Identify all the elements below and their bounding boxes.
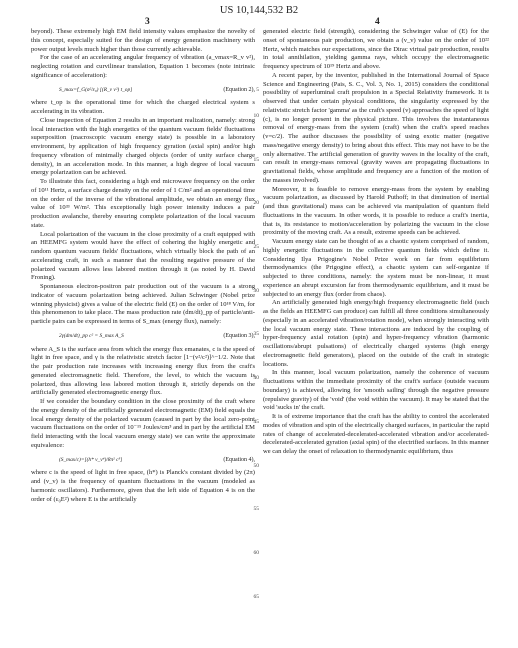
equation-body: S_max=f_G(σ²/ε₀) [(R_v v²) t_op] bbox=[59, 86, 132, 95]
line-number: 15 bbox=[247, 157, 259, 163]
line-number: 55 bbox=[247, 506, 259, 512]
paragraph: where c is the speed of light in free sp… bbox=[31, 469, 255, 504]
paragraph: Local polarization of the vacuum in the … bbox=[31, 231, 255, 284]
line-number: 35 bbox=[247, 331, 259, 337]
line-number: 30 bbox=[247, 288, 259, 294]
line-number: 40 bbox=[247, 375, 259, 381]
equation-3: 2γ(dm/dt)_pp c² = S_max A_S (Equation 3)… bbox=[31, 332, 255, 341]
paragraph: Vacuum energy state can be thought of as… bbox=[263, 238, 489, 299]
line-number: 5 bbox=[247, 87, 259, 93]
equation-body: (S_max/c)=[(h* v_v⁴)/8π² c³] bbox=[59, 456, 122, 465]
page-number-right: 4 bbox=[375, 17, 380, 27]
paragraph: Moreover, it is feasible to remove energ… bbox=[263, 186, 489, 239]
line-number: 10 bbox=[247, 113, 259, 119]
right-column: generated electric field (strength), con… bbox=[263, 28, 489, 457]
paragraph: Close inspection of Equation 2 results i… bbox=[31, 117, 255, 178]
paragraph: beyond). These extremely high EM field i… bbox=[31, 28, 255, 54]
line-number: 45 bbox=[247, 419, 259, 425]
line-number: 50 bbox=[247, 463, 259, 469]
paragraph: For the case of an accelerating angular … bbox=[31, 54, 255, 80]
equation-body: 2γ(dm/dt)_pp c² = S_max A_S bbox=[59, 332, 124, 341]
paragraph: It is of extreme importance that the cra… bbox=[263, 413, 489, 457]
page-number-left: 3 bbox=[145, 17, 150, 27]
paragraph: In this manner, local vacuum polarizatio… bbox=[263, 369, 489, 413]
line-number: 60 bbox=[247, 550, 259, 556]
paragraph: where t_op is the operational time for w… bbox=[31, 99, 255, 117]
paragraph: To illustrate this fact, considering a h… bbox=[31, 178, 255, 231]
left-column: beyond). These extremely high EM field i… bbox=[31, 28, 255, 504]
line-number: 25 bbox=[247, 244, 259, 250]
equation-4: (S_max/c)=[(h* v_v⁴)/8π² c³] (Equation 4… bbox=[31, 456, 255, 465]
paragraph: An artificially generated high energy/hi… bbox=[263, 299, 489, 369]
paragraph: Spontaneous electron-positron pair produ… bbox=[31, 283, 255, 327]
equation-2: S_max=f_G(σ²/ε₀) [(R_v v²) t_op] (Equati… bbox=[31, 86, 255, 95]
paragraph: generated electric field (strength), con… bbox=[263, 28, 489, 72]
paragraph: If we consider the boundary condition in… bbox=[31, 398, 255, 451]
paragraph: A recent paper, by the inventor, publish… bbox=[263, 72, 489, 186]
line-number: 65 bbox=[247, 594, 259, 600]
patent-number: US 10,144,532 B2 bbox=[0, 5, 518, 16]
line-number: 20 bbox=[247, 200, 259, 206]
paragraph: where A_S is the surface area from which… bbox=[31, 346, 255, 399]
